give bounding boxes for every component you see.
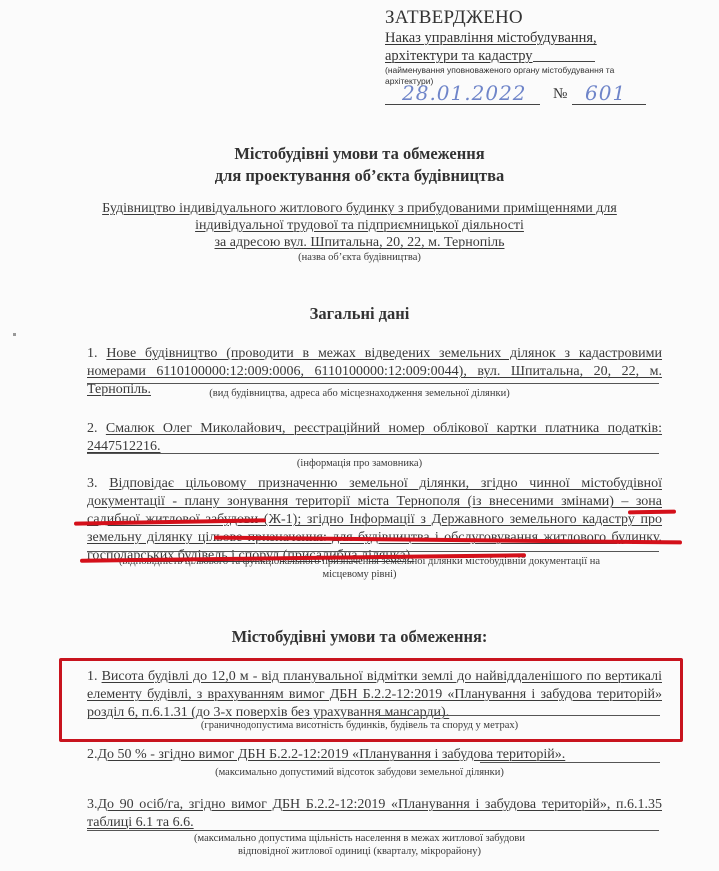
condition-item-2-caption: (максимально допустимий відсоток забудов… — [0, 767, 719, 778]
general-item-1-number: 1. — [87, 346, 98, 361]
general-item-2-rule — [87, 453, 659, 454]
object-caption: (назва об’єкта будівництва) — [0, 252, 719, 263]
blank-line — [533, 61, 595, 62]
general-item-3-number: 3. — [87, 476, 98, 491]
condition-item-3: 3.До 90 осіб/га, згідно вимог ДБН Б.2.2-… — [87, 796, 662, 832]
object-line1: Будівництво індивідуального житлового бу… — [102, 201, 617, 216]
approval-order-line2-wrap: архітектури та кадастру — [385, 48, 595, 65]
general-item-3-caption-line2: місцевому рівні) — [0, 569, 719, 580]
approval-number: 601 — [585, 81, 626, 105]
general-heading: Загальні дані — [0, 302, 719, 326]
general-item-3-rule — [87, 551, 659, 552]
condition-item-3-number: 3. — [87, 797, 98, 812]
condition-item-1-caption: (граничнодопустима висотність будинків, … — [0, 720, 719, 731]
scan-artifact — [13, 333, 16, 336]
conditions-heading: Містобудівні умови та обмеження: — [0, 625, 719, 649]
condition-item-2-number: 2. — [87, 747, 98, 762]
approval-order-line1: Наказ управління містобудування, — [385, 30, 597, 47]
general-item-1-rule — [87, 383, 659, 384]
general-item-1-caption: (вид будівництва, адреса або місцезнаход… — [0, 388, 719, 399]
general-item-2-caption: (інформація про замовника) — [0, 458, 719, 469]
object-line2-wrap: індивідуальної трудової та підприємницьк… — [0, 217, 719, 234]
general-item-2-text: Смалюк Олег Миколайович, реєстраційний н… — [87, 421, 662, 454]
general-item-2: 2. Смалюк Олег Миколайович, реєстраційни… — [87, 420, 662, 456]
condition-item-1: 1. Висота будівлі до 12,0 м - від планув… — [87, 668, 662, 722]
condition-item-3-rule — [87, 830, 659, 831]
document-title-line1: Містобудівні умови та обмеження — [0, 142, 719, 166]
approval-number-label: № — [553, 86, 567, 103]
object-line3-wrap: за адресою вул. Шпитальна, 20, 22, м. Те… — [0, 234, 719, 251]
object-line1-wrap: Будівництво індивідуального житлового бу… — [0, 200, 719, 217]
condition-item-2-text: До 50 % - згідно вимог ДБН Б.2.2-12:2019… — [98, 747, 566, 762]
approval-date: 28.01.2022 — [402, 81, 527, 105]
condition-item-3-caption-line2: відповідної житлової одиниці (кварталу, … — [0, 846, 719, 857]
condition-item-1-rule — [380, 715, 660, 716]
condition-item-3-caption-line1: (максимально допустима щільність населен… — [0, 833, 719, 844]
general-item-2-number: 2. — [87, 421, 98, 436]
document-title-line2: для проектування об’єкта будівництва — [0, 164, 719, 188]
red-underline-mark — [628, 510, 676, 515]
approval-order-line2: архітектури та кадастру — [385, 48, 533, 64]
object-line2: індивідуальної трудової та підприємницьк… — [195, 218, 524, 233]
condition-item-1-number: 1. — [87, 669, 98, 684]
approval-title: ЗАТВЕРДЖЕНО — [385, 7, 523, 29]
object-line3: за адресою вул. Шпитальна, 20, 22, м. Те… — [215, 235, 505, 250]
condition-item-2-rule — [480, 762, 660, 763]
condition-item-3-text: До 90 осіб/га, згідно вимог ДБН Б.2.2-12… — [87, 797, 662, 830]
condition-item-1-text: Висота будівлі до 12,0 м - від плануваль… — [87, 669, 662, 720]
